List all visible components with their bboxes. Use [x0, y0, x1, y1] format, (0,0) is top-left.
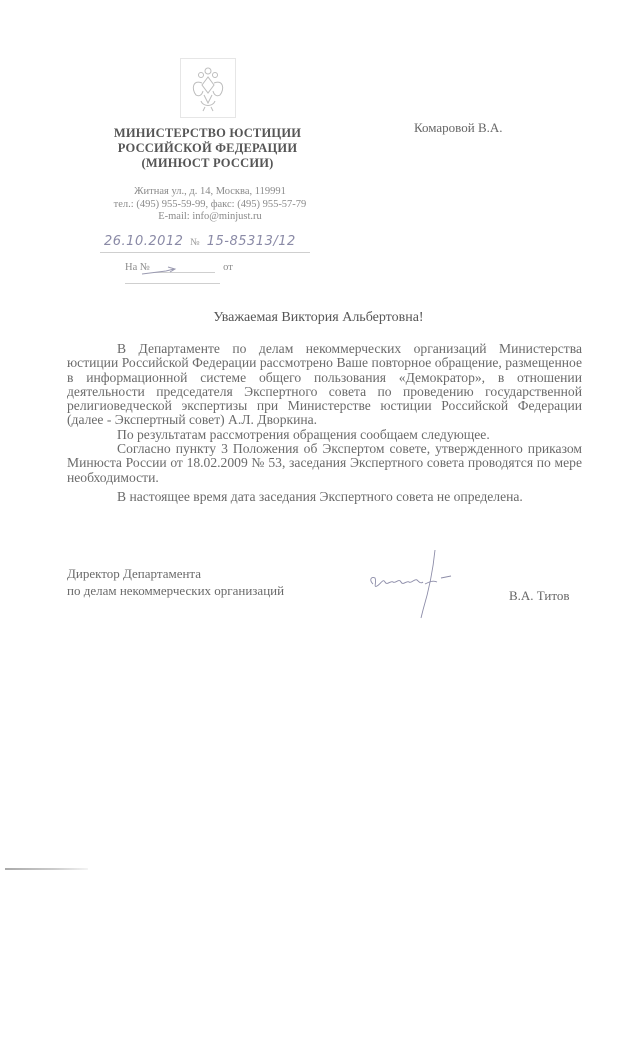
- ministry-name: МИНИСТЕРСТВО ЮСТИЦИИ РОССИЙСКОЙ ФЕДЕРАЦИ…: [70, 126, 345, 171]
- body-paragraph: В настоящее время дата заседания Эксперт…: [67, 490, 582, 504]
- greeting: Уважаемая Виктория Альбертовна!: [0, 310, 637, 326]
- ministry-line: РОССИЙСКОЙ ФЕДЕРАЦИИ: [70, 141, 345, 156]
- body-paragraph: Согласно пункту 3 Положения об Экспертом…: [67, 442, 582, 485]
- signer-title-line: по делам некоммерческих организаций: [67, 582, 284, 599]
- body-paragraph: По результатам рассмотрения обращения со…: [67, 428, 582, 442]
- letter-body: В Департаменте по делам некоммерческих о…: [67, 342, 582, 504]
- eagle-emblem-icon: [181, 59, 235, 117]
- reference-date-label: от: [223, 262, 233, 273]
- ministry-contacts: Житная ул., д. 14, Москва, 119991 тел.: …: [85, 186, 335, 224]
- reference-line: На № от: [125, 262, 315, 284]
- handwritten-dash-icon: [140, 265, 180, 277]
- phone-fax: тел.: (495) 955-59-99, факс: (495) 955-5…: [85, 199, 335, 212]
- signer-name: В.А. Титов: [509, 588, 570, 604]
- address: Житная ул., д. 14, Москва, 119991: [85, 186, 335, 199]
- emblem: [180, 58, 236, 118]
- reference-date-blank: [125, 273, 220, 284]
- handwritten-signature-icon: [365, 540, 475, 630]
- signer-title-line: Директор Департамента: [67, 565, 284, 582]
- registration-number: 15-85313/12: [207, 234, 296, 249]
- signer-title: Директор Департамента по делам некоммерч…: [67, 565, 284, 599]
- email: E-mail: info@minjust.ru: [85, 211, 335, 224]
- scan-artifact-line: [5, 868, 88, 870]
- registration-number-label: №: [190, 237, 200, 248]
- registration-date: 26.10.2012: [104, 234, 183, 249]
- registration-line: 26.10.2012 № 15-85313/12: [100, 234, 310, 253]
- body-paragraph: В Департаменте по делам некоммерческих о…: [67, 342, 582, 428]
- ministry-line: МИНИСТЕРСТВО ЮСТИЦИИ: [70, 126, 345, 141]
- ministry-line: (МИНЮСТ РОССИИ): [70, 156, 345, 171]
- addressee: Комаровой В.А.: [414, 120, 503, 136]
